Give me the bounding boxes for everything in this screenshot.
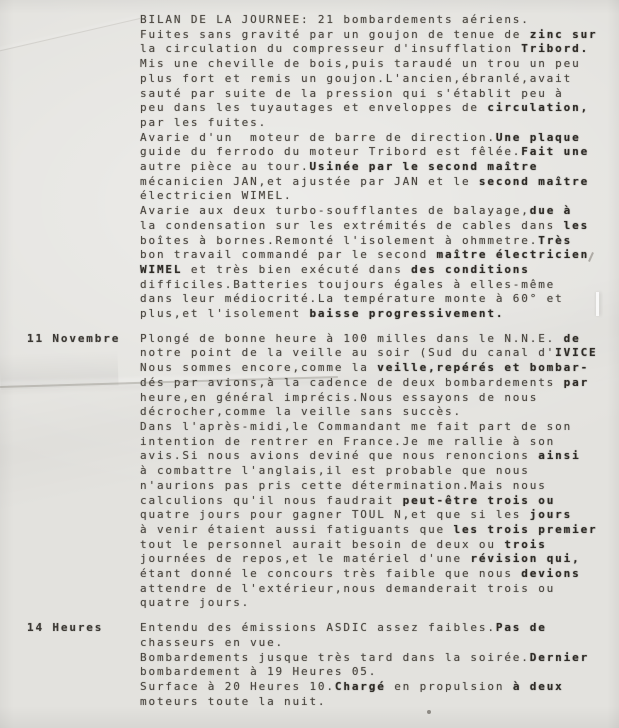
entry-text-line: Entendu des émissions ASDIC assez faible…: [140, 621, 619, 636]
entry-text-line: dans leur médiocrité.La température mont…: [140, 292, 619, 307]
entry-text-line: chasseurs en vue.: [140, 636, 619, 651]
journal-entry: 11 NovembrePlongé de bonne heure à 100 m…: [0, 332, 619, 611]
entry-date-label: 14 Heures: [0, 621, 140, 636]
entry-text-line: bombardement à 19 Heures 05.: [140, 665, 619, 680]
entry-text-line: dés par avions,à la cadence de deux bomb…: [140, 376, 619, 391]
scanned-document-page: BILAN DE LA JOURNEE: 21 bombardements aé…: [0, 0, 619, 728]
entry-text-line: Avarie aux deux turbo-soufflantes de bal…: [140, 204, 619, 219]
journal-entry: 14 HeuresEntendu des émissions ASDIC ass…: [0, 621, 619, 709]
entry-text-line: moteurs toute la nuit.: [140, 695, 619, 710]
ink-speck: [427, 710, 431, 714]
entry-text-line: étant donné le concours très faible que …: [140, 567, 619, 582]
entry-text-line: Surface à 20 Heures 10.Chargé en propuls…: [140, 680, 619, 695]
entry-text-line: calculions qu'il nous faudrait peut-être…: [140, 494, 619, 509]
entry-text-line: quatre jours.: [140, 596, 619, 611]
entry-text-line: avis.Si nous avions deviné que nous reno…: [140, 449, 619, 464]
entry-body: Entendu des émissions ASDIC assez faible…: [140, 621, 619, 709]
entry-text-line: décrocher,comme la veille sans succès.: [140, 405, 619, 420]
entry-text-line: attendre de l'extérieur,nous demanderait…: [140, 582, 619, 597]
entry-text-line: la circulation du compresseur d'insuffla…: [140, 42, 619, 57]
entry-text-line: tout le personnel aurait besoin de deux …: [140, 538, 619, 553]
entry-text-line: bon travail commandé par le second maîtr…: [140, 248, 619, 263]
entry-text-line: n'aurions pas pris cette détermination.M…: [140, 479, 619, 494]
entry-text-line: intention de rentrer en France.Je me ral…: [140, 435, 619, 450]
entry-text-line: par les fuites.: [140, 116, 619, 131]
entry-text-line: Dans l'après-midi,le Commandant me fait …: [140, 420, 619, 435]
entry-text-line: à combattre l'anglais,il est probable qu…: [140, 464, 619, 479]
entry-body: BILAN DE LA JOURNEE: 21 bombardements aé…: [140, 13, 619, 322]
entry-text-line: quatre jours pour gagner TOUL N,et que s…: [140, 508, 619, 523]
entry-text-line: notre point de la veille au soir (Sud du…: [140, 346, 619, 361]
entry-text-line: difficiles.Batteries toujours égales à e…: [140, 278, 619, 293]
entry-text-line: sauté par suite de la pression qui s'éta…: [140, 87, 619, 102]
journal-entries: BILAN DE LA JOURNEE: 21 bombardements aé…: [0, 13, 619, 709]
entry-text-line: électricien WIMEL.: [140, 189, 619, 204]
entry-text-line: à venir étaient aussi fatiguants que les…: [140, 523, 619, 538]
entry-text-line: Nous sommes encore,comme la veille,repér…: [140, 361, 619, 376]
entry-date-label: 11 Novembre: [0, 332, 140, 347]
entry-text-line: Fuites sans gravité par un goujon de ten…: [140, 28, 619, 43]
entry-text-line: BILAN DE LA JOURNEE: 21 bombardements aé…: [140, 13, 619, 28]
entry-text-line: Mis une cheville de bois,puis taraudé un…: [140, 57, 619, 72]
entry-text-line: heure,en général imprécis.Nous essayons …: [140, 391, 619, 406]
entry-text-line: plus fort et remis un goujon.L'ancien,éb…: [140, 72, 619, 87]
entry-text-line: boîtes à bornes.Remonté l'isolement à oh…: [140, 234, 619, 249]
entry-text-line: mécanicien JAN,et ajustée par JAN et le …: [140, 175, 619, 190]
entry-text-line: la condensation sur les extrémités de ca…: [140, 219, 619, 234]
entry-text-line: guide du ferrodo du moteur Tribord est f…: [140, 145, 619, 160]
entry-text-line: autre pièce au tour.Usinée par le second…: [140, 160, 619, 175]
entry-text-line: Avarie d'un moteur de barre de direction…: [140, 131, 619, 146]
journal-entry: BILAN DE LA JOURNEE: 21 bombardements aé…: [0, 13, 619, 322]
entry-text-line: Bombardements jusque très tard dans la s…: [140, 651, 619, 666]
entry-text-line: plus,et l'isolement baisse progressiveme…: [140, 307, 619, 322]
entry-text-line: journées de repos,et le matériel d'une r…: [140, 552, 619, 567]
entry-text-line: Plongé de bonne heure à 100 milles dans …: [140, 332, 619, 347]
entry-body: Plongé de bonne heure à 100 milles dans …: [140, 332, 619, 611]
entry-text-line: peu dans les tuyautages et enveloppes de…: [140, 101, 619, 116]
entry-text-line: WIMEL et très bien exécuté dans des cond…: [140, 263, 619, 278]
